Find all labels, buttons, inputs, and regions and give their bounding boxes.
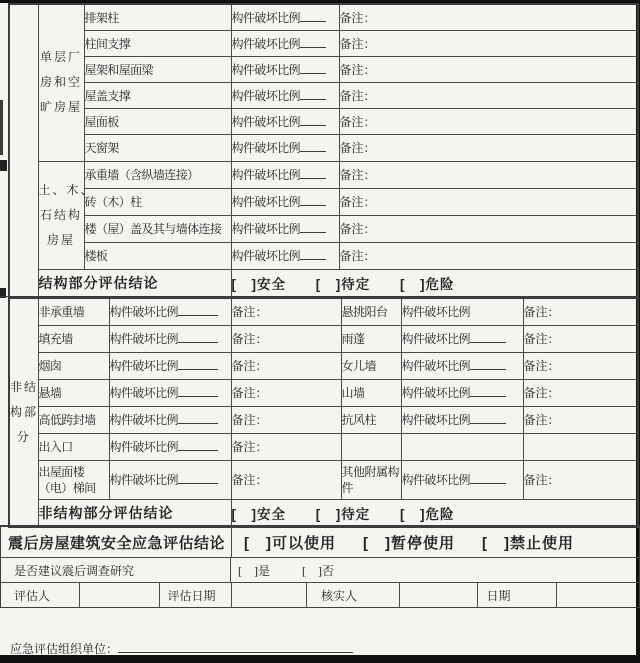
table-row: 楼板 构件破坏比例 备注： xyxy=(9,242,638,269)
damage-ratio-blank[interactable] xyxy=(178,385,218,397)
table-row: 楼（屋）盖及其与墙体连接 构件破坏比例 备注： xyxy=(9,215,638,242)
checkbox-option-usable[interactable]: [ ]可以使用 xyxy=(244,532,336,553)
date-label-cell: 日期 xyxy=(478,583,558,608)
damage-ratio-label: 构件破坏比例 xyxy=(232,115,300,129)
damage-ratio-cell: 构件破坏比例 xyxy=(109,298,231,325)
group-label-line: 构部 xyxy=(10,400,38,425)
group-label-line: 单层厂 xyxy=(39,45,84,70)
component-cell: 砖（木）柱 xyxy=(84,188,231,215)
remark-cell[interactable]: 备注： xyxy=(231,298,341,325)
checkbox-option-forbid-use[interactable]: [ ]禁止使用 xyxy=(482,532,574,553)
component-cell: 天窗架 xyxy=(84,134,231,161)
damage-ratio-cell: 构件破坏比例 xyxy=(401,379,523,406)
remark-cell[interactable]: 备注： xyxy=(231,460,341,499)
checkbox-option-suspend-use[interactable]: [ ]暂停使用 xyxy=(363,532,455,553)
nonstructural-conclusion-label: 非结构部分评估结论 xyxy=(39,505,174,521)
evaluator-input-cell[interactable] xyxy=(80,583,160,608)
nonstructural-conclusion-label-cell: 非结构部分评估结论 xyxy=(38,499,231,527)
scan-artifact xyxy=(0,296,8,297)
date-input-cell[interactable] xyxy=(557,583,639,608)
empty-cell xyxy=(401,433,523,460)
damage-ratio-cell: 构件破坏比例 xyxy=(231,134,339,161)
structural-conclusion-row: 结构部分评估结论 [ ]安全 [ ]待定 [ ]危险 xyxy=(9,269,638,297)
damage-ratio-cell: 构件破坏比例 xyxy=(109,325,231,352)
component-label: 排架柱 xyxy=(85,11,119,25)
component-cell: 高低跨封墙 xyxy=(38,406,109,433)
remark-label: 备注： xyxy=(340,222,376,236)
remark-cell[interactable]: 备注： xyxy=(523,352,638,379)
component-cell: 抗风柱 xyxy=(341,406,401,433)
damage-ratio-cell: 构件破坏比例 xyxy=(109,379,231,406)
verifier-input-cell[interactable] xyxy=(400,583,478,608)
remark-label: 备注： xyxy=(232,359,268,373)
component-cell: 其他附属构件 xyxy=(341,460,401,499)
empty-cell xyxy=(523,433,638,460)
remark-label: 备注： xyxy=(340,168,376,182)
component-cell: 出入口 xyxy=(38,433,109,460)
structural-conclusion-label-cell: 结构部分评估结论 xyxy=(38,269,231,297)
component-cell: 非承重墙 xyxy=(38,298,109,325)
remark-label: 备注： xyxy=(340,63,376,77)
damage-ratio-cell: 构件破坏比例 xyxy=(401,460,523,499)
remark-cell[interactable]: 备注： xyxy=(339,82,638,108)
table-row: 填充墙 构件破坏比例 备注： 雨蓬 构件破坏比例 备注： xyxy=(9,325,638,352)
damage-ratio-cell: 构件破坏比例 xyxy=(231,215,339,242)
damage-ratio-cell: 构件破坏比例 xyxy=(231,4,339,30)
component-label: 屋面板 xyxy=(85,115,119,129)
damage-ratio-label: 构件破坏比例 xyxy=(110,413,178,427)
table-row: 悬墙 构件破坏比例 备注： 山墙 构件破坏比例 备注： xyxy=(9,379,638,406)
damage-ratio-blank[interactable] xyxy=(178,358,218,370)
verifier-label-cell: 核实人 xyxy=(307,583,400,608)
damage-ratio-label: 构件破坏比例 xyxy=(232,141,300,155)
table-row: 单层厂 房和空 旷房屋 排架柱 构件破坏比例 备注： xyxy=(9,4,638,30)
group-label-nonstructural: 非结 构部 分 xyxy=(9,298,38,527)
remark-cell[interactable]: 备注： xyxy=(339,108,638,134)
damage-ratio-label: 构件破坏比例 xyxy=(402,359,470,373)
eval-date-label: 评估日期 xyxy=(168,587,216,604)
table-row: 出入口 构件破坏比例 备注： xyxy=(9,433,638,460)
scan-artifact xyxy=(0,100,3,155)
overall-conclusion-options-cell: [ ]可以使用 [ ]暂停使用 [ ]禁止使用 xyxy=(232,527,639,557)
damage-ratio-blank[interactable] xyxy=(300,10,326,22)
damage-ratio-blank[interactable] xyxy=(470,472,506,484)
damage-ratio-label: 构件破坏比例 xyxy=(402,386,470,400)
component-cell: 悬挑阳台 xyxy=(341,298,401,325)
damage-ratio-blank[interactable] xyxy=(178,412,218,424)
overall-conclusion-label-cell: 震后房屋建筑安全应急评估结论 xyxy=(1,527,232,557)
damage-ratio-cell: 构件破坏比例 xyxy=(231,56,339,82)
date-label: 日期 xyxy=(487,587,511,604)
component-cell: 楼（屋）盖及其与墙体连接 xyxy=(84,215,231,242)
group-label-line: 非结 xyxy=(10,375,38,400)
table-row: 烟囱 构件破坏比例 备注： 女儿墙 构件破坏比例 备注： xyxy=(9,352,638,379)
survey-question-label-cell: 是否建议震后调查研究 xyxy=(1,558,231,582)
table-row: 砖（木）柱 构件破坏比例 备注： xyxy=(9,188,638,215)
damage-ratio-label: 构件破坏比例 xyxy=(110,386,178,400)
remark-label: 备注： xyxy=(340,89,376,103)
nonstructural-conclusion-row: 非结构部分评估结论 [ ]安全 [ ]待定 [ ]危险 xyxy=(9,499,638,527)
remark-label: 备注： xyxy=(340,115,376,129)
remark-label: 备注： xyxy=(232,440,268,454)
component-label: 高低跨封墙 xyxy=(39,413,96,427)
damage-ratio-label: 构件破坏比例 xyxy=(402,413,470,427)
checkbox-option-safe[interactable]: [ ]安全 xyxy=(232,507,287,522)
damage-ratio-label: 构件破坏比例 xyxy=(402,332,470,346)
table-row: 屋面板 构件破坏比例 备注： xyxy=(9,108,638,134)
checkbox-option-safe[interactable]: [ ]安全 xyxy=(232,277,287,292)
remark-label: 备注： xyxy=(232,305,268,319)
component-label: 烟囱 xyxy=(39,359,62,373)
component-label: 屋架和屋面梁 xyxy=(85,63,153,77)
component-cell: 女儿墙 xyxy=(341,352,401,379)
component-label: 柱间支撑 xyxy=(85,37,131,51)
damage-ratio-label: 构件破坏比例 xyxy=(232,37,300,51)
damage-ratio-cell: 构件破坏比例 xyxy=(231,188,339,215)
component-cell: 楼板 xyxy=(84,242,231,269)
damage-ratio-blank[interactable] xyxy=(300,167,326,179)
component-cell: 悬墙 xyxy=(38,379,109,406)
damage-ratio-blank[interactable] xyxy=(300,114,326,126)
component-label: 天窗架 xyxy=(85,141,119,155)
damage-ratio-cell: 构件破坏比例 xyxy=(401,298,523,325)
survey-options-cell: [ ]是 [ ]否 xyxy=(231,558,639,582)
damage-ratio-label: 构件破坏比例 xyxy=(232,89,300,103)
component-label: 雨蓬 xyxy=(342,332,365,346)
remark-cell[interactable]: 备注： xyxy=(339,4,638,30)
damage-ratio-cell: 构件破坏比例 xyxy=(109,352,231,379)
checkbox-option-pending[interactable]: [ ]待定 xyxy=(316,507,371,522)
eval-date-label-cell: 评估日期 xyxy=(160,583,233,608)
remark-label: 备注： xyxy=(340,37,376,51)
damage-ratio-label: 构件破坏比例 xyxy=(110,332,178,346)
damage-ratio-blank[interactable] xyxy=(300,248,326,260)
checkbox-option-pending[interactable]: [ ]待定 xyxy=(316,277,371,292)
structural-conclusion-options-cell: [ ]安全 [ ]待定 [ ]危险 xyxy=(231,269,638,297)
remark-label: 备注： xyxy=(524,473,560,487)
damage-ratio-blank[interactable] xyxy=(300,140,326,152)
damage-ratio-blank[interactable] xyxy=(178,472,218,484)
table-row: 柱间支撑 构件破坏比例 备注： xyxy=(9,30,638,56)
component-label: 抗风柱 xyxy=(342,413,377,427)
damage-ratio-label: 构件破坏比例 xyxy=(232,222,300,236)
component-cell: 排架柱 xyxy=(84,4,231,30)
component-label: 楼板 xyxy=(85,249,108,263)
group-label-line: 房和空 xyxy=(39,70,84,95)
remark-cell[interactable]: 备注： xyxy=(339,30,638,56)
component-label: 其他附属构件 xyxy=(342,465,400,495)
checkbox-option-danger[interactable]: [ ]危险 xyxy=(400,507,455,522)
damage-ratio-label: 构件破坏比例 xyxy=(110,440,178,454)
table-row: 土、木、 石结构 房屋 承重墙（含纵墙连接） 构件破坏比例 备注： xyxy=(9,161,638,188)
scan-artifact xyxy=(0,160,7,171)
component-cell: 屋架和屋面梁 xyxy=(84,56,231,82)
remark-cell[interactable]: 备注： xyxy=(523,460,638,499)
component-label: 悬挑阳台 xyxy=(342,305,388,319)
checkbox-option-no[interactable]: [ ]否 xyxy=(302,562,334,579)
damage-ratio-cell: 构件破坏比例 xyxy=(401,406,523,433)
remark-cell[interactable]: 备注： xyxy=(523,325,638,352)
damage-ratio-label: 构件破坏比例 xyxy=(402,305,470,319)
remark-label: 备注： xyxy=(524,305,560,319)
nonstructural-conclusion-options-cell: [ ]安全 [ ]待定 [ ]危险 xyxy=(231,499,638,527)
remark-cell[interactable]: 备注： xyxy=(231,433,341,460)
damage-ratio-label: 构件破坏比例 xyxy=(232,168,300,182)
damage-ratio-blank[interactable] xyxy=(178,331,218,343)
component-label: 悬墙 xyxy=(39,386,62,400)
table-row: 屋架和屋面梁 构件破坏比例 备注： xyxy=(9,56,638,82)
remark-cell[interactable]: 备注： xyxy=(523,298,638,325)
remark-cell[interactable]: 备注： xyxy=(231,379,341,406)
organization-footer: 应急评估组织单位： xyxy=(10,640,353,657)
damage-ratio-label: 构件破坏比例 xyxy=(402,473,470,487)
table-row: 非结 构部 分 非承重墙 构件破坏比例 备注： 悬挑阳台 构件破坏比例 备注： xyxy=(9,298,638,325)
damage-ratio-blank[interactable] xyxy=(300,36,326,48)
evaluator-label-cell: 评估人 xyxy=(1,583,80,608)
component-label: 出入口 xyxy=(39,440,73,454)
damage-ratio-label: 构件破坏比例 xyxy=(232,249,300,263)
group-label-line: 石结构 xyxy=(39,203,84,228)
table-row: 天窗架 构件破坏比例 备注： xyxy=(9,134,638,161)
component-label: 山墙 xyxy=(342,386,365,400)
verifier-label: 核实人 xyxy=(321,587,357,604)
component-label: 女儿墙 xyxy=(342,359,377,373)
remark-label: 备注： xyxy=(524,332,560,346)
group-label-line: 房屋 xyxy=(39,228,84,253)
component-cell: 填充墙 xyxy=(38,325,109,352)
component-label: 承重墙（含纵墙连接） xyxy=(85,168,199,182)
remark-cell[interactable]: 备注： xyxy=(231,325,341,352)
damage-ratio-cell: 构件破坏比例 xyxy=(401,325,523,352)
remark-label: 备注： xyxy=(524,359,560,373)
overall-conclusion-row: 震后房屋建筑安全应急评估结论 [ ]可以使用 [ ]暂停使用 [ ]禁止使用 xyxy=(1,527,639,558)
remark-label: 备注： xyxy=(232,473,268,487)
component-cell: 雨蓬 xyxy=(341,325,401,352)
organization-label: 应急评估组织单位： xyxy=(10,642,118,656)
structural-section-table: 单层厂 房和空 旷房屋 排架柱 构件破坏比例 备注： 柱间支撑 构件破坏比例 备… xyxy=(8,3,639,298)
remark-cell[interactable]: 备注： xyxy=(231,352,341,379)
group-label-line: 土、木、 xyxy=(39,178,84,203)
damage-ratio-label: 构件破坏比例 xyxy=(232,63,300,77)
component-label: 填充墙 xyxy=(39,332,73,346)
component-label: 出屋面楼（电）梯间 xyxy=(39,465,96,495)
damage-ratio-blank[interactable] xyxy=(300,62,326,74)
remark-label: 备注： xyxy=(524,386,560,400)
remark-label: 备注： xyxy=(340,195,376,209)
damage-ratio-blank[interactable] xyxy=(300,88,326,100)
group-label-line: 旷房屋 xyxy=(39,95,84,120)
remark-cell[interactable]: 备注： xyxy=(339,134,638,161)
remark-cell[interactable]: 备注： xyxy=(339,242,638,269)
damage-ratio-cell: 构件破坏比例 xyxy=(401,352,523,379)
remark-cell[interactable]: 备注： xyxy=(339,188,638,215)
component-label: 非承重墙 xyxy=(39,305,85,319)
damage-ratio-label: 构件破坏比例 xyxy=(232,195,300,209)
component-label: 砖（木）柱 xyxy=(85,195,142,209)
nonstructural-section-table: 非结 构部 分 非承重墙 构件破坏比例 备注： 悬挑阳台 构件破坏比例 备注： … xyxy=(8,297,639,528)
damage-ratio-blank[interactable] xyxy=(470,412,506,424)
eval-date-input-cell[interactable] xyxy=(232,583,307,608)
structural-category-spacer-cell xyxy=(9,4,38,297)
checkbox-option-yes[interactable]: [ ]是 xyxy=(238,562,270,579)
group-label-line: 分 xyxy=(10,425,38,450)
damage-ratio-blank[interactable] xyxy=(178,439,218,451)
empty-cell xyxy=(341,433,401,460)
damage-ratio-cell: 构件破坏比例 xyxy=(231,82,339,108)
remark-label: 备注： xyxy=(232,386,268,400)
component-cell: 屋盖支撑 xyxy=(84,82,231,108)
table-row: 高低跨封墙 构件破坏比例 备注： 抗风柱 构件破坏比例 备注： xyxy=(9,406,638,433)
table-row: 屋盖支撑 构件破坏比例 备注： xyxy=(9,82,638,108)
group-label-single-story-factory: 单层厂 房和空 旷房屋 xyxy=(38,4,84,161)
evaluator-label: 评估人 xyxy=(14,587,50,604)
structural-conclusion-label: 结构部分评估结论 xyxy=(39,275,159,291)
damage-ratio-blank[interactable] xyxy=(300,221,326,233)
remark-label: 备注： xyxy=(232,332,268,346)
damage-ratio-label: 构件破坏比例 xyxy=(110,305,178,319)
damage-ratio-cell: 构件破坏比例 xyxy=(109,433,231,460)
damage-ratio-cell: 构件破坏比例 xyxy=(231,242,339,269)
remark-label: 备注： xyxy=(340,11,376,25)
remark-label: 备注： xyxy=(524,413,560,427)
damage-ratio-cell: 构件破坏比例 xyxy=(231,108,339,134)
damage-ratio-cell: 构件破坏比例 xyxy=(231,161,339,188)
remark-cell[interactable]: 备注： xyxy=(339,56,638,82)
damage-ratio-blank[interactable] xyxy=(470,331,506,343)
component-cell: 出屋面楼（电）梯间 xyxy=(38,460,109,499)
signature-row: 评估人 评估日期 核实人 日期 xyxy=(1,583,639,608)
overall-conclusion-label: 震后房屋建筑安全应急评估结论 xyxy=(8,532,225,553)
damage-ratio-blank[interactable] xyxy=(470,385,506,397)
damage-ratio-cell: 构件破坏比例 xyxy=(109,460,231,499)
survey-question-label: 是否建议震后调查研究 xyxy=(14,562,134,579)
damage-ratio-blank[interactable] xyxy=(178,304,218,316)
remark-cell[interactable]: 备注： xyxy=(339,161,638,188)
component-cell: 山墙 xyxy=(341,379,401,406)
damage-ratio-cell: 构件破坏比例 xyxy=(109,406,231,433)
organization-blank[interactable] xyxy=(118,641,353,653)
remark-cell[interactable]: 备注： xyxy=(231,406,341,433)
component-label: 楼（屋）盖及其与墙体连接 xyxy=(85,222,222,236)
group-label-earth-wood-stone: 土、木、 石结构 房屋 xyxy=(38,161,84,269)
remark-label: 备注： xyxy=(340,141,376,155)
remark-cell[interactable]: 备注： xyxy=(523,406,638,433)
checkbox-option-danger[interactable]: [ ]危险 xyxy=(400,277,455,292)
component-cell: 屋面板 xyxy=(84,108,231,134)
damage-ratio-blank[interactable] xyxy=(300,194,326,206)
damage-ratio-label: 构件破坏比例 xyxy=(110,359,178,373)
component-cell: 烟囱 xyxy=(38,352,109,379)
overall-conclusion-band: 震后房屋建筑安全应急评估结论 [ ]可以使用 [ ]暂停使用 [ ]禁止使用 是… xyxy=(0,525,640,608)
remark-label: 备注： xyxy=(340,249,376,263)
damage-ratio-label: 构件破坏比例 xyxy=(232,11,300,25)
remark-cell[interactable]: 备注： xyxy=(523,379,638,406)
table-row: 出屋面楼（电）梯间 构件破坏比例 备注： 其他附属构件 构件破坏比例 备注： xyxy=(9,460,638,499)
scanned-assessment-form: 单层厂 房和空 旷房屋 排架柱 构件破坏比例 备注： 柱间支撑 构件破坏比例 备… xyxy=(0,0,640,663)
remark-cell[interactable]: 备注： xyxy=(339,215,638,242)
component-cell: 承重墙（含纵墙连接） xyxy=(84,161,231,188)
damage-ratio-label: 构件破坏比例 xyxy=(110,473,178,487)
damage-ratio-cell: 构件破坏比例 xyxy=(231,30,339,56)
post-quake-survey-row: 是否建议震后调查研究 [ ]是 [ ]否 xyxy=(1,558,639,583)
remark-label: 备注： xyxy=(232,413,268,427)
component-cell: 柱间支撑 xyxy=(84,30,231,56)
damage-ratio-blank[interactable] xyxy=(470,358,506,370)
component-label: 屋盖支撑 xyxy=(85,89,131,103)
